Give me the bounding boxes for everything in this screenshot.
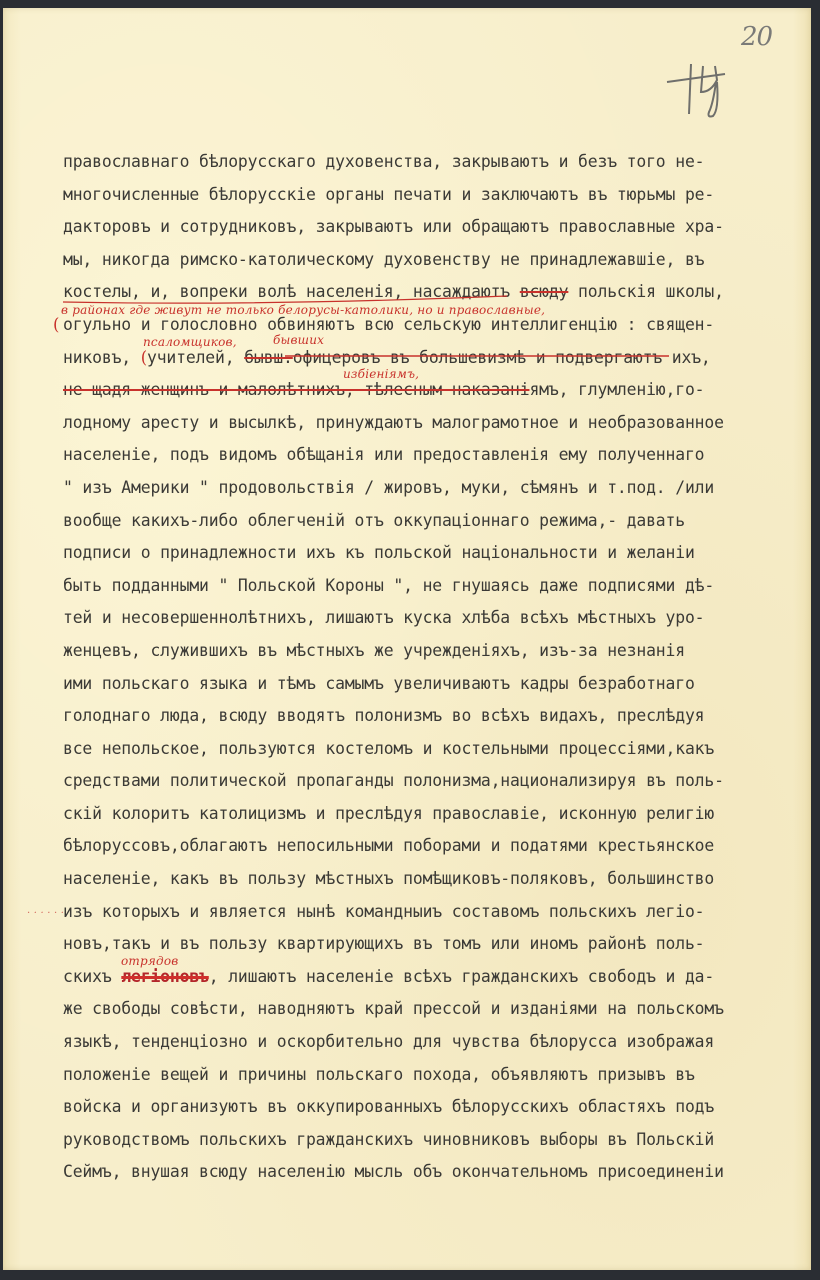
text-line: изъ которыхъ и является нынѣ командныиъ … bbox=[63, 902, 820, 935]
text-line: дакторовъ и сотрудниковъ, закрываютъ или… bbox=[63, 217, 820, 250]
red-annotation-psalmists: псаломщиков, bbox=[143, 332, 237, 352]
red-margin-mark: · · · · · · bbox=[27, 904, 64, 924]
archive-number-mark bbox=[663, 52, 743, 122]
folio-number: 20 bbox=[741, 22, 772, 52]
text-line: ими польскаго языка и тѣмъ самымъ увелич… bbox=[63, 674, 820, 707]
text-line: женцевъ, служившихъ въ мѣстныхъ же учреж… bbox=[63, 641, 820, 674]
text-line: мы, никогда римско-католическому духовен… bbox=[63, 250, 820, 283]
text-line: многочисленные бѣлорусскіе органы печати… bbox=[63, 185, 820, 218]
red-strike-line bbox=[283, 350, 673, 362]
red-annotation-detachments: отрядов bbox=[121, 951, 178, 971]
text-line: положеніе вещей и причины польскаго похо… bbox=[63, 1065, 820, 1098]
text-line: вообще какихъ-либо облегченій отъ оккупа… bbox=[63, 511, 820, 544]
text-line: скій колоритъ католицизмъ и преслѣдуя пр… bbox=[63, 804, 820, 837]
text-line: скихъ легіоновъ, лишаютъ населеніе всѣхъ… bbox=[63, 967, 820, 1000]
red-open-paren: ( bbox=[53, 315, 59, 335]
document-page: 20 православнаго бѣлорусскаго духовенств… bbox=[3, 8, 811, 1270]
line-text: никовъ, bbox=[63, 348, 141, 367]
text-line: голоднаго люда, всюду вводятъ полонизмъ … bbox=[63, 706, 820, 739]
struck-phrase: не щадя женщинъ и малолѣтнихъ, тѣлесным … bbox=[63, 380, 529, 399]
text-line: населеніе, какъ въ пользу мѣстныхъ помѣщ… bbox=[63, 869, 820, 902]
text-line: подписи о принадлежности ихъ къ польской… bbox=[63, 543, 820, 576]
text-line: населеніе, подъ видомъ обѣщанія или пред… bbox=[63, 445, 820, 478]
typed-text-body: православнаго бѣлорусскаго духовенства, … bbox=[63, 152, 820, 1195]
line-text: изъ которыхъ и является нынѣ командныиъ … bbox=[63, 902, 704, 921]
text-line: тей и несовершеннолѣтнихъ, лишаютъ куска… bbox=[63, 608, 820, 641]
text-line: языкѣ, тенденціозно и оскорбительно для … bbox=[63, 1032, 820, 1065]
red-annotation-beatings: избіеніямъ, bbox=[343, 364, 419, 384]
line-text: , лишаютъ населеніе всѣхъ гражданскихъ с… bbox=[209, 967, 714, 986]
text-line: войска и организуютъ въ оккупированныхъ … bbox=[63, 1097, 820, 1130]
text-line: средствами политической пропаганды полон… bbox=[63, 771, 820, 804]
text-line: православнаго бѣлорусскаго духовенства, … bbox=[63, 152, 820, 185]
line-text: скихъ bbox=[63, 967, 121, 986]
text-line: не щадя женщинъ и малолѣтнихъ, тѣлесным … bbox=[63, 380, 820, 413]
line-text: ямъ, глумленію,го- bbox=[529, 380, 704, 399]
text-line: быть подданными " Польской Короны ", не … bbox=[63, 576, 820, 609]
text-line: руководствомъ польскихъ гражданскихъ чин… bbox=[63, 1130, 820, 1163]
red-annotation-former: бывших bbox=[273, 330, 324, 350]
text-line: Сеймъ, внушая всюду населенію мысль объ … bbox=[63, 1162, 820, 1195]
text-line: же свободы совѣсти, наводняютъ край прес… bbox=[63, 999, 820, 1032]
text-line: лодному аресту и высылкѣ, принуждаютъ ма… bbox=[63, 413, 820, 446]
line-text: польскія школы, bbox=[568, 282, 724, 301]
struck-word: всюду bbox=[520, 282, 569, 301]
text-line: бѣлоруссовъ,облагаютъ непосильными побор… bbox=[63, 836, 820, 869]
red-insertion-underline bbox=[61, 292, 511, 306]
text-line: все непольское, пользуются костеломъ и к… bbox=[63, 739, 820, 772]
text-line: " изъ Америки " продовольствія / жировъ,… bbox=[63, 478, 820, 511]
